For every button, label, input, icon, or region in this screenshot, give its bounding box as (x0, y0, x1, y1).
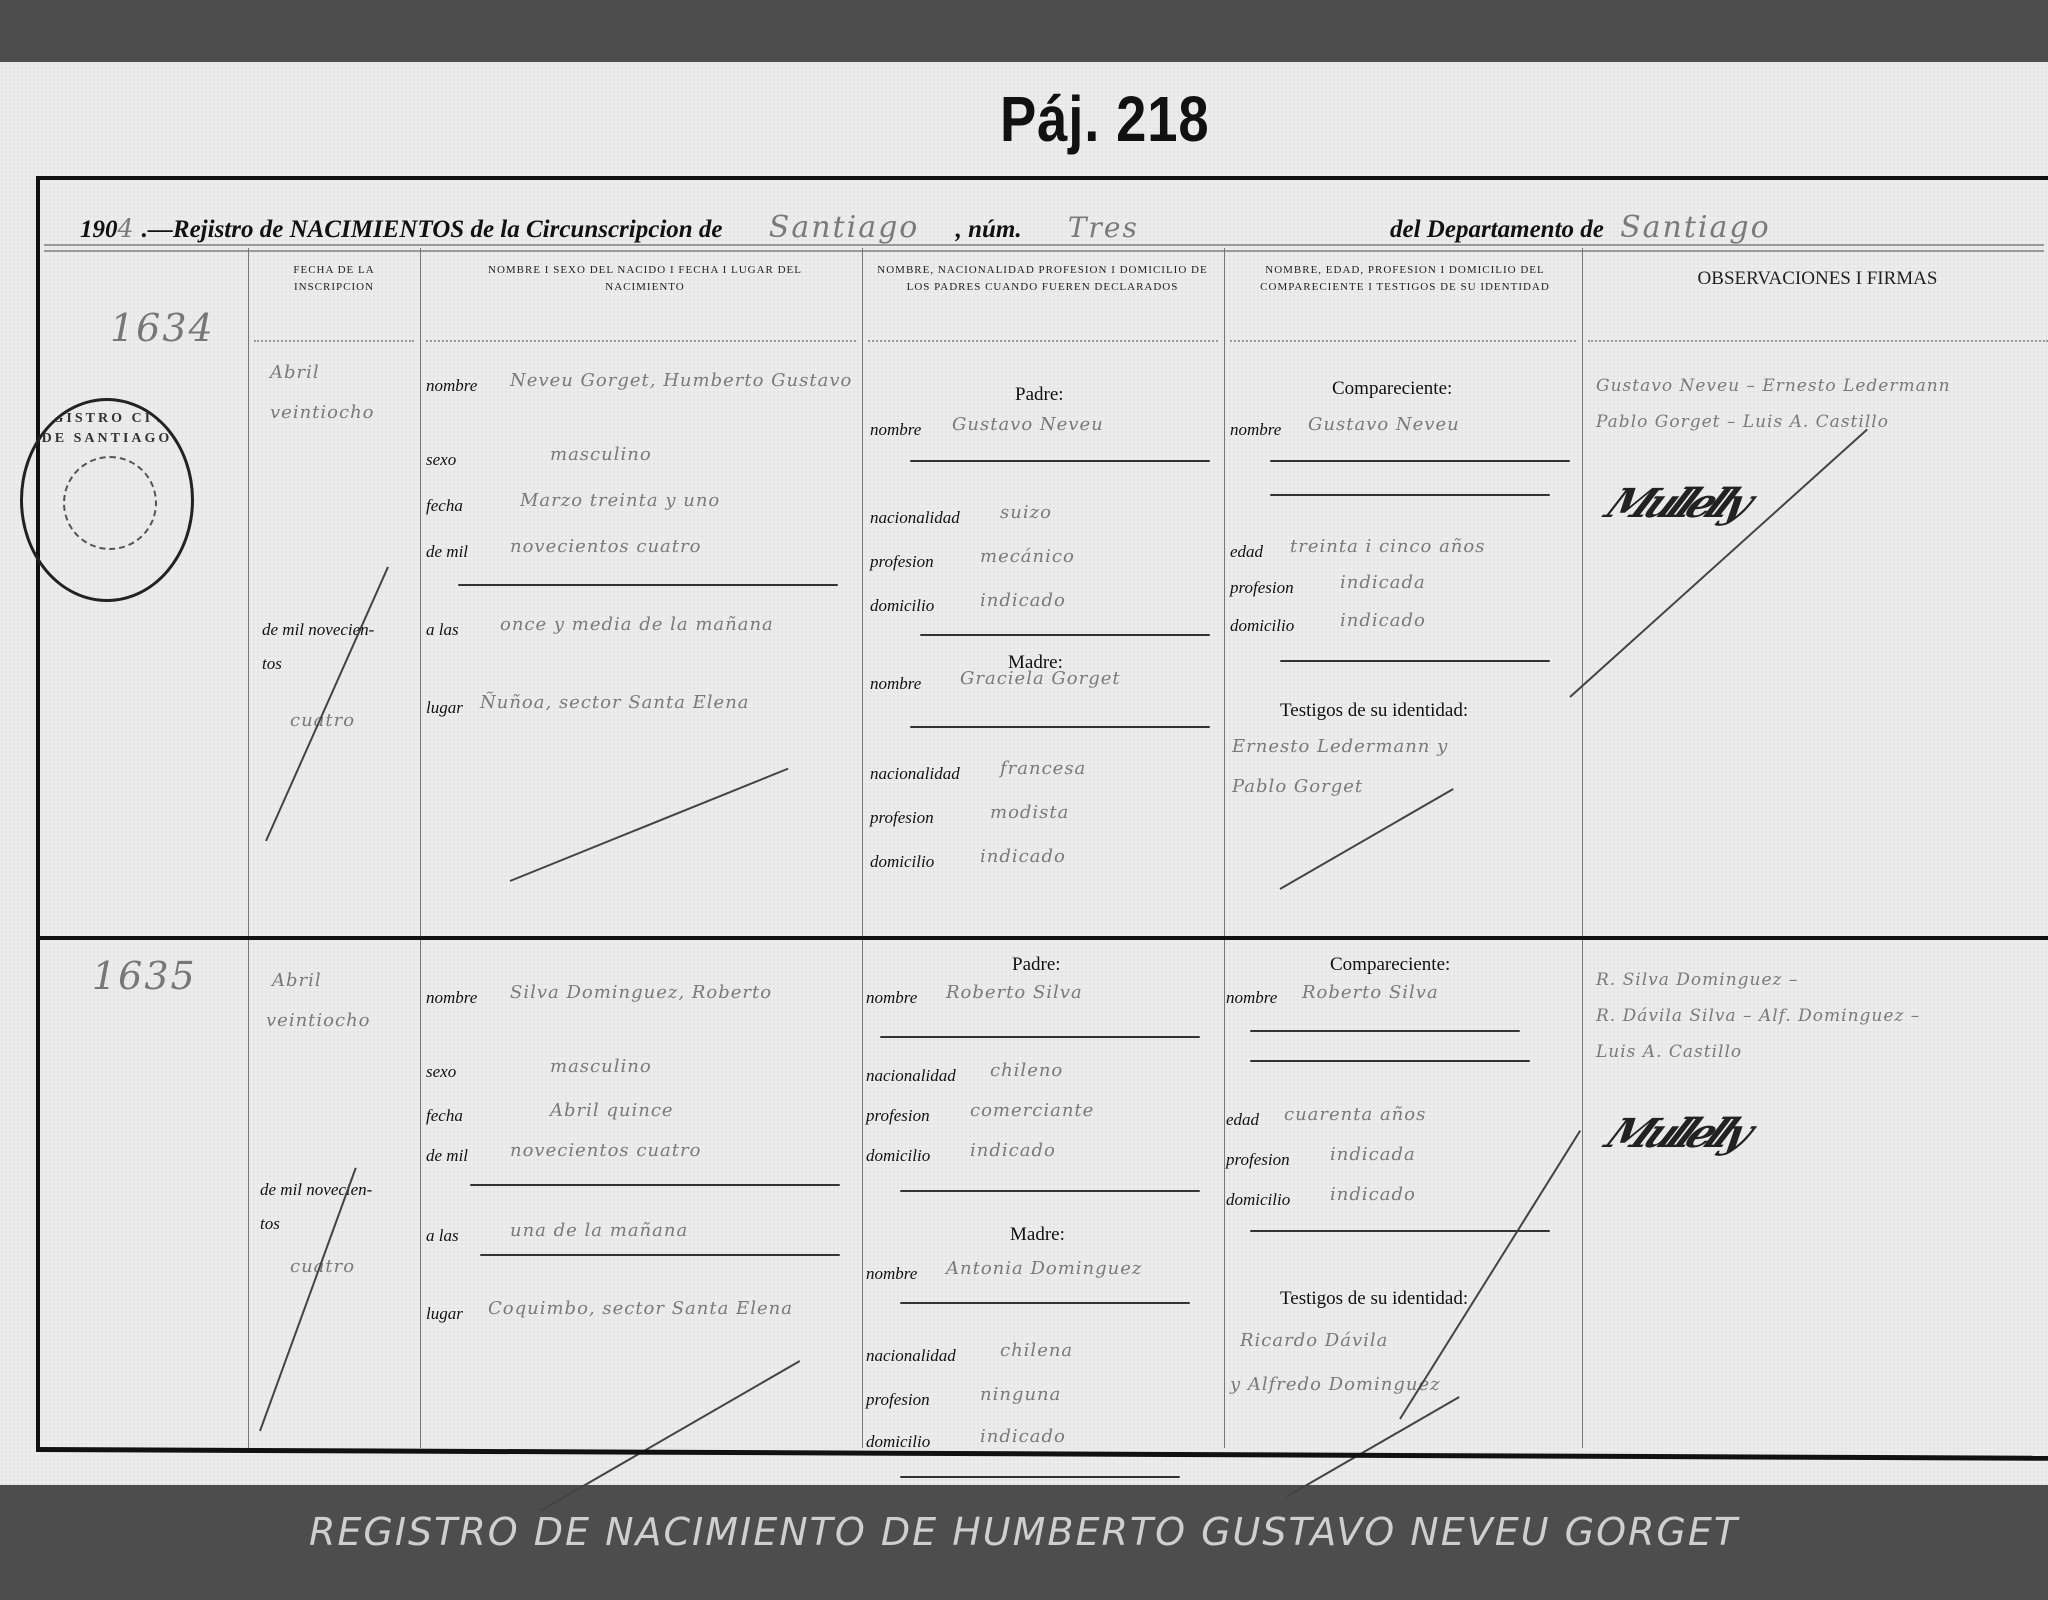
label-nombre: nombre (1230, 420, 1281, 440)
compareciente-profesion: indicada (1330, 1144, 1416, 1165)
firma-line: R. Dávila Silva – Alf. Dominguez – (1596, 1006, 1920, 1026)
fill-stroke (470, 1184, 840, 1186)
fill-stroke (1250, 1060, 1530, 1062)
fill-stroke (910, 460, 1210, 462)
label-tos: tos (260, 1214, 280, 1234)
madre-domicilio: indicado (980, 1426, 1066, 1447)
cancel-stroke (540, 1360, 801, 1512)
label-domicilio: domicilio (870, 596, 934, 616)
cancel-stroke (1280, 788, 1454, 890)
compareciente-domicilio: indicado (1340, 610, 1426, 631)
label-padre: Padre: (1012, 954, 1061, 976)
cancel-stroke (265, 567, 389, 842)
register-title: 1904 .—Rejistro de NACIMIENTOS de la Cir… (80, 210, 1139, 245)
label-nombre: nombre (1226, 988, 1277, 1008)
column-header-nacido: NOMBRE I SEXO DEL NACIDO I FECHA I LUGAR… (460, 262, 830, 296)
fill-stroke (458, 584, 838, 586)
label-profesion: profesion (1226, 1150, 1290, 1170)
header-separator (254, 340, 414, 343)
column-divider (1582, 248, 1583, 1448)
nacido-sexo: masculino (550, 444, 652, 465)
image-caption: REGISTRO DE NACIMIENTO DE HUMBERTO GUSTA… (0, 1510, 2048, 1554)
label-fecha: fecha (426, 1106, 463, 1126)
column-header-fecha: FECHA DE LA INSCRIPCION (254, 262, 414, 296)
madre-profesion: ninguna (980, 1384, 1061, 1405)
inscripcion-day: veintiocho (270, 402, 375, 423)
cancel-stroke (1286, 1396, 1460, 1498)
testigo-1: Ernesto Ledermann y (1232, 736, 1448, 757)
nacido-lugar: Ñuñoa, sector Santa Elena (480, 692, 750, 713)
label-compareciente: Compareciente: (1332, 378, 1452, 400)
coat-of-arms-icon (63, 456, 157, 550)
inscripcion-day: veintiocho (266, 1010, 371, 1031)
num-value: Tres (1068, 211, 1139, 244)
padre-profesion: comerciante (970, 1100, 1094, 1121)
departamento: del Departamento de Santiago (1390, 210, 1771, 245)
label-de-mil-novecientos: de mil novecien- (260, 1180, 372, 1200)
compareciente-nombre: Roberto Silva (1302, 982, 1439, 1003)
label-nombre: nombre (426, 988, 477, 1008)
label-domicilio: domicilio (1230, 616, 1294, 636)
stamp-text: REGISTRO CIVIL DE SANTIAGO (23, 409, 191, 449)
madre-nombre: Antonia Dominguez (946, 1258, 1142, 1279)
label-testigos: Testigos de su identidad: (1280, 700, 1468, 722)
cancel-stroke (1569, 429, 1868, 698)
official-signature: Mullelly (1596, 1110, 1758, 1157)
inscripcion-month: Abril (272, 970, 322, 991)
nacido-fecha: Marzo treinta y uno (520, 490, 720, 511)
column-divider (248, 248, 249, 1448)
header-separator (1588, 340, 2048, 343)
column-header-observaciones: OBSERVACIONES I FIRMAS (1590, 270, 2045, 287)
madre-domicilio: indicado (980, 846, 1066, 867)
label-a-las: a las (426, 1226, 459, 1246)
nacido-nombre: Neveu Gorget, Humberto Gustavo (510, 370, 852, 391)
column-divider (1224, 248, 1225, 1448)
nacido-fecha: Abril quince (550, 1100, 674, 1121)
madre-nacionalidad: chilena (1000, 1340, 1073, 1361)
label-nacionalidad: nacionalidad (866, 1066, 956, 1086)
page-number: Páj. 218 (1000, 82, 1209, 156)
label-nombre: nombre (866, 1264, 917, 1284)
birth-register-table: 1904 .—Rejistro de NACIMIENTOS de la Cir… (36, 176, 2048, 1450)
padre-nacionalidad: chileno (990, 1060, 1063, 1081)
padre-domicilio: indicado (980, 590, 1066, 611)
cancel-stroke (510, 768, 789, 882)
label-madre: Madre: (1010, 1224, 1065, 1246)
fill-stroke (900, 1302, 1190, 1304)
label-profesion: profesion (870, 552, 934, 572)
label-padre: Padre: (1015, 384, 1064, 406)
label-tos: tos (262, 654, 282, 674)
padre-profesion: mecánico (980, 546, 1075, 567)
label-profesion: profesion (1230, 578, 1294, 598)
fill-stroke (1270, 460, 1570, 462)
label-nombre: nombre (870, 674, 921, 694)
compareciente-domicilio: indicado (1330, 1184, 1416, 1205)
label-testigos: Testigos de su identidad: (1280, 1288, 1468, 1310)
nacido-lugar: Coquimbo, sector Santa Elena (488, 1298, 793, 1319)
label-nacionalidad: nacionalidad (866, 1346, 956, 1366)
label-domicilio: domicilio (870, 852, 934, 872)
label-sexo: sexo (426, 1062, 456, 1082)
register-page: Páj. 218 1904 .—Rejistro de NACIMIENTOS … (0, 62, 2048, 1485)
fill-stroke (1280, 660, 1550, 662)
circunscripcion-value: Santiago (769, 210, 920, 245)
label-domicilio: domicilio (866, 1432, 930, 1452)
firma-line: Gustavo Neveu – Ernesto Ledermann (1596, 376, 1951, 396)
entry-number: 1635 (92, 954, 197, 998)
inscripcion-month: Abril (270, 362, 320, 383)
label-fecha: fecha (426, 496, 463, 516)
compareciente-edad: cuarenta años (1284, 1104, 1426, 1125)
column-header-padres: NOMBRE, NACIONALIDAD PROFESION I DOMICIL… (870, 262, 1215, 296)
label-a-las: a las (426, 620, 459, 640)
nacido-hora: once y media de la mañana (500, 614, 774, 635)
label-edad: edad (1226, 1110, 1259, 1130)
fill-stroke (900, 1190, 1200, 1192)
label-profesion: profesion (866, 1390, 930, 1410)
firma-line: Luis A. Castillo (1596, 1042, 1742, 1062)
label-nombre: nombre (866, 988, 917, 1008)
nacido-hora: una de la mañana (510, 1220, 688, 1241)
fill-stroke (920, 634, 1210, 636)
nacido-sexo: masculino (550, 1056, 652, 1077)
compareciente-nombre: Gustavo Neveu (1308, 414, 1460, 435)
label-sexo: sexo (426, 450, 456, 470)
firma-line: R. Silva Dominguez – (1596, 970, 1798, 990)
official-signature: Mullelly (1596, 480, 1758, 527)
nacido-anio: novecientos cuatro (510, 1140, 701, 1161)
fill-stroke (1270, 494, 1550, 496)
padre-nacionalidad: suizo (1000, 502, 1052, 523)
label-nacionalidad: nacionalidad (870, 508, 960, 528)
label-profesion: profesion (866, 1106, 930, 1126)
padre-nombre: Gustavo Neveu (952, 414, 1104, 435)
testigo-2: y Alfredo Dominguez (1230, 1374, 1441, 1395)
header-separator (1230, 340, 1576, 343)
fill-stroke (900, 1476, 1180, 1478)
nacido-anio: novecientos cuatro (510, 536, 701, 557)
label-edad: edad (1230, 542, 1263, 562)
fill-stroke (910, 726, 1210, 728)
label-de-mil: de mil (426, 542, 468, 562)
label-lugar: lugar (426, 698, 463, 718)
label-nacionalidad: nacionalidad (870, 764, 960, 784)
testigo-2: Pablo Gorget (1232, 776, 1363, 797)
column-divider (420, 248, 421, 1448)
year-handwritten: 4 (118, 214, 136, 243)
madre-nombre: Graciela Gorget (960, 668, 1121, 689)
nacido-nombre: Silva Dominguez, Roberto (510, 982, 772, 1003)
cancel-stroke (259, 1168, 357, 1432)
label-domicilio: domicilio (866, 1146, 930, 1166)
fill-stroke (880, 1036, 1200, 1038)
header-separator (868, 340, 1218, 343)
label-nombre: nombre (870, 420, 921, 440)
label-compareciente: Compareciente: (1330, 954, 1450, 976)
entry-separator (40, 936, 2048, 940)
madre-profesion: modista (990, 802, 1069, 823)
entry-number: 1634 (110, 306, 215, 350)
padre-domicilio: indicado (970, 1140, 1056, 1161)
header-separator (426, 340, 856, 343)
firma-line: Pablo Gorget – Luis A. Castillo (1596, 412, 1889, 432)
padre-nombre: Roberto Silva (946, 982, 1083, 1003)
compareciente-profesion: indicada (1340, 572, 1426, 593)
label-lugar: lugar (426, 1304, 463, 1324)
departamento-value: Santiago (1620, 210, 1771, 245)
fill-stroke (1250, 1230, 1550, 1232)
label-de-mil: de mil (426, 1146, 468, 1166)
cancel-stroke (1399, 1130, 1581, 1419)
compareciente-edad: treinta i cinco años (1290, 536, 1485, 557)
label-nombre: nombre (426, 376, 477, 396)
column-header-compareciente: NOMBRE, EDAD, PROFESION I DOMICILIO DEL … (1235, 262, 1575, 296)
label-profesion: profesion (870, 808, 934, 828)
header-rule (44, 244, 2044, 252)
column-divider (862, 248, 863, 1448)
madre-nacionalidad: francesa (1000, 758, 1086, 779)
fill-stroke (480, 1254, 840, 1256)
testigo-1: Ricardo Dávila (1240, 1330, 1388, 1351)
fill-stroke (1250, 1030, 1520, 1032)
label-domicilio: domicilio (1226, 1190, 1290, 1210)
civil-registry-stamp: REGISTRO CIVIL DE SANTIAGO (20, 398, 194, 602)
